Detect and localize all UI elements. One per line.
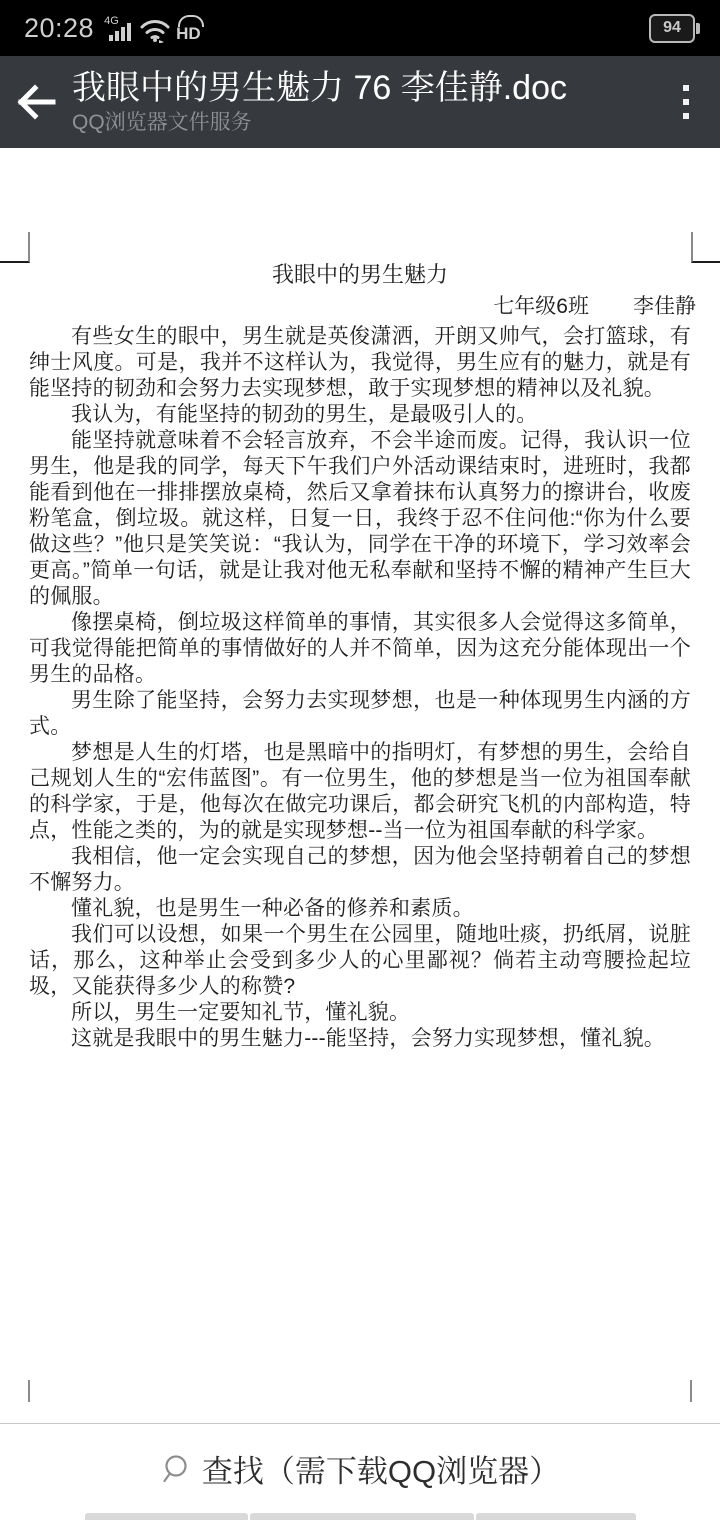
page-corner-mark-bottom-left bbox=[28, 1380, 30, 1402]
cellular-signal-icon: 4G bbox=[104, 15, 134, 43]
file-title: 我眼中的男生魅力 76 李佳静.doc bbox=[72, 68, 652, 108]
document-paragraph: 有些女生的眼中，男生就是英俊潇洒，开朗又帅气，会打篮球，有绅士风度。可是，我并不… bbox=[29, 324, 691, 402]
overflow-dot bbox=[683, 113, 689, 119]
search-icon bbox=[160, 1454, 190, 1484]
document-byline: 七年级6班李佳静 bbox=[0, 292, 720, 322]
document-paragraph: 所以，男生一定要知礼节，懂礼貌。 bbox=[29, 1000, 691, 1026]
find-bar[interactable]: 查找（需下载QQ浏览器） bbox=[0, 1424, 720, 1513]
document-paragraph: 我相信，他一定会实现自己的梦想，因为他会坚持朝着自己的梦想不懈努力。 bbox=[29, 844, 691, 896]
document-paragraph: 我们可以设想，如果一个男生在公园里，随地吐痰，扔纸屑，说脏话，那么，这种举止会受… bbox=[29, 922, 691, 1000]
battery-indicator: 94 bbox=[649, 14, 700, 43]
file-source-subtitle: QQ浏览器文件服务 bbox=[72, 110, 652, 136]
document-paragraph: 像摆桌椅，倒垃圾这样简单的事情，其实很多人会觉得这多简单，可我觉得能把简单的事情… bbox=[29, 610, 691, 688]
back-arrow-icon bbox=[15, 84, 57, 120]
bottom-toolbar-remnant bbox=[250, 1513, 474, 1520]
screen: 20:28 4G HD 94 bbox=[0, 0, 720, 1520]
document-paragraph: 男生除了能坚持，会努力去实现梦想，也是一种体现男生内涵的方式。 bbox=[29, 688, 691, 740]
document-title: 我眼中的男生魅力 bbox=[0, 260, 720, 290]
app-header: 我眼中的男生魅力 76 李佳静.doc QQ浏览器文件服务 bbox=[0, 56, 720, 148]
document-paragraph: 梦想是人生的灯塔，也是黑暗中的指明灯，有梦想的男生，会给自己规划人生的“宏伟蓝图… bbox=[29, 740, 691, 844]
battery-nub bbox=[696, 23, 700, 34]
document-paragraph: 我认为，有能坚持的韧劲的男生，是最吸引人的。 bbox=[29, 402, 691, 428]
overflow-dot bbox=[683, 99, 689, 105]
document-paragraph: 能坚持就意味着不会轻言放弃，不会半途而废。记得，我认识一位男生，他是我的同学，每… bbox=[29, 428, 691, 610]
document-paragraph: 这就是我眼中的男生魅力---能坚持，会努力实现梦想，懂礼貌。 bbox=[29, 1026, 691, 1052]
page-corner-mark-bottom-right bbox=[690, 1380, 692, 1402]
battery-level: 94 bbox=[649, 14, 695, 43]
bottom-toolbar-remnant bbox=[476, 1513, 636, 1520]
hd-voice-icon: HD bbox=[176, 15, 201, 43]
bottom-toolbar-remnant bbox=[85, 1513, 248, 1520]
document-page: 我眼中的男生魅力 七年级6班李佳静 有些女生的眼中，男生就是英俊潇洒，开朗又帅气… bbox=[0, 148, 720, 1423]
byline-author: 李佳静 bbox=[633, 295, 696, 318]
status-bar: 20:28 4G HD 94 bbox=[0, 0, 720, 56]
byline-class: 七年级6班 bbox=[493, 295, 589, 318]
document-body: 有些女生的眼中，男生就是英俊潇洒，开朗又帅气，会打篮球，有绅士风度。可是，我并不… bbox=[29, 324, 691, 1052]
wifi-icon bbox=[140, 17, 170, 43]
overflow-dot bbox=[683, 85, 689, 91]
find-label: 查找（需下载QQ浏览器） bbox=[202, 1446, 560, 1491]
clock: 20:28 bbox=[24, 13, 94, 44]
page-corner-mark-top-left bbox=[0, 232, 30, 263]
overflow-menu-button[interactable] bbox=[652, 56, 720, 148]
document-paragraph: 懂礼貌，也是男生一种必备的修养和素质。 bbox=[29, 896, 691, 922]
back-button[interactable] bbox=[0, 56, 72, 148]
page-corner-mark-top-right bbox=[691, 232, 720, 263]
